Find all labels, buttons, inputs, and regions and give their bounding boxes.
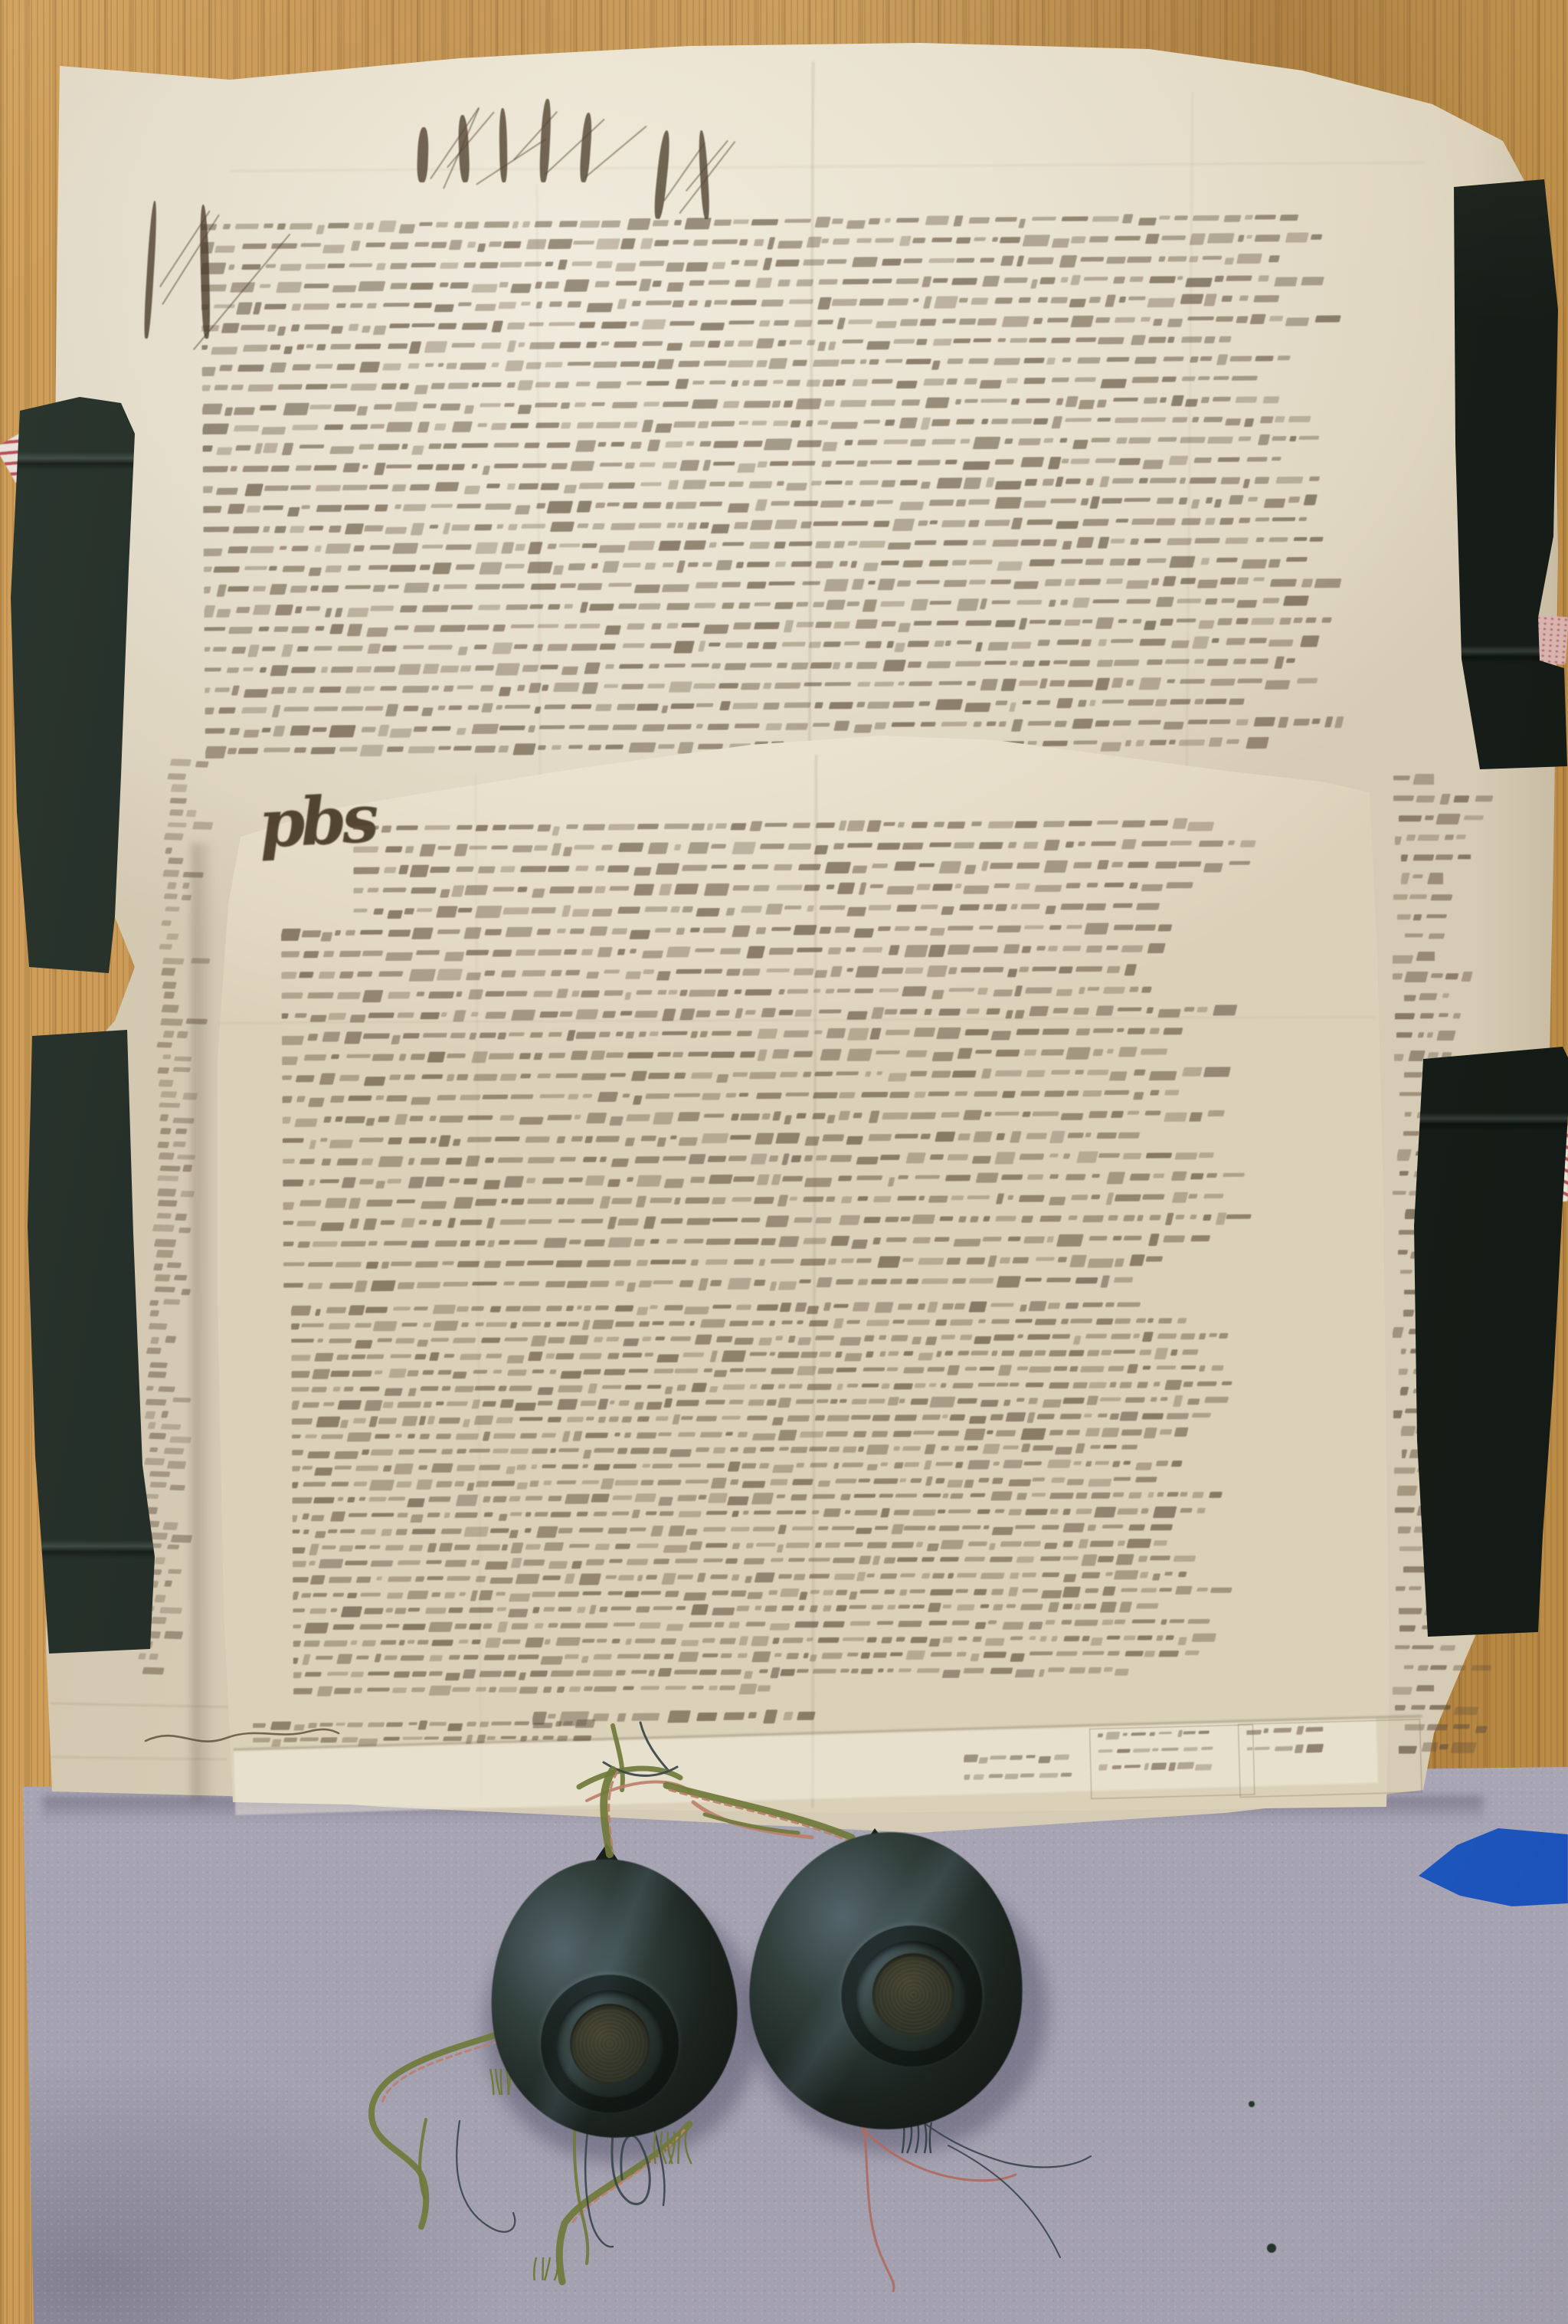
script-stroke (586, 1113, 607, 1123)
script-stroke (281, 928, 301, 940)
script-stroke (366, 628, 388, 637)
script-stroke (876, 1621, 893, 1625)
script-stroke (606, 1052, 624, 1058)
script-stroke (374, 666, 396, 673)
script-stroke (822, 1134, 844, 1141)
script-stroke (1117, 1540, 1125, 1546)
script-stroke (264, 747, 290, 752)
script-stroke (347, 1592, 357, 1598)
script-stroke (522, 463, 546, 467)
script-stroke (584, 1623, 608, 1628)
script-stroke (840, 1258, 854, 1263)
script-stroke (1180, 477, 1187, 484)
script-stroke (524, 443, 540, 448)
script-stroke (518, 1673, 525, 1681)
script-stroke (384, 867, 397, 874)
script-stroke (566, 1306, 574, 1311)
vcol-glyph (157, 1141, 169, 1148)
script-stroke (1090, 1540, 1115, 1546)
script-stroke (330, 1371, 350, 1377)
script-stroke (290, 526, 305, 533)
script-stroke (777, 340, 787, 346)
script-stroke (352, 1370, 372, 1376)
script-stroke (1254, 234, 1280, 241)
script-stroke (702, 1093, 722, 1101)
script-stroke (520, 1073, 532, 1078)
script-stroke (918, 864, 935, 867)
script-stroke (1091, 1195, 1101, 1200)
script-stroke (297, 647, 309, 652)
small-main-lower (291, 1296, 1367, 1716)
script-stroke (934, 297, 958, 309)
script-stroke (719, 948, 740, 954)
script-stroke (1089, 700, 1096, 706)
script-stroke (1074, 378, 1095, 383)
script-stroke (481, 1338, 501, 1343)
script-stroke (797, 1366, 817, 1375)
script-stroke (1200, 356, 1213, 361)
script-stroke (296, 344, 304, 349)
script-line (204, 574, 1478, 598)
script-stroke (756, 1542, 776, 1546)
script-stroke (830, 1155, 853, 1162)
script-stroke (797, 1320, 804, 1324)
script-stroke (630, 321, 639, 326)
script-stroke (347, 1497, 355, 1503)
vcol-glyph (144, 1457, 165, 1465)
script-stroke (778, 1384, 787, 1388)
script-stroke (1066, 883, 1080, 890)
script-stroke (646, 1575, 658, 1579)
script-stroke (897, 1196, 917, 1201)
script-stroke (732, 1511, 739, 1517)
script-stroke (1160, 397, 1167, 402)
script-stroke (264, 224, 273, 228)
script-stroke (581, 1657, 589, 1664)
script-stroke (697, 1573, 706, 1582)
script-stroke (740, 683, 761, 690)
script-stroke (906, 1279, 919, 1284)
script-stroke (948, 926, 974, 930)
script-stroke (430, 1137, 437, 1143)
script-stroke (493, 1449, 509, 1454)
script-stroke (979, 842, 1003, 849)
script-stroke (726, 969, 741, 976)
script-stroke (732, 886, 750, 891)
script-line (1397, 913, 1450, 925)
script-stroke (436, 906, 457, 918)
script-stroke (555, 1198, 564, 1205)
script-stroke (1007, 379, 1019, 384)
script-stroke (453, 746, 473, 750)
vcol-glyph (161, 968, 176, 975)
script-stroke (457, 685, 474, 689)
script-stroke (1226, 537, 1249, 543)
script-stroke (1135, 924, 1156, 930)
script-stroke (1010, 642, 1031, 649)
script-stroke (535, 281, 543, 288)
script-stroke (1142, 460, 1164, 470)
script-stroke (231, 385, 244, 390)
script-stroke (1205, 497, 1213, 503)
script-stroke (1127, 1028, 1145, 1035)
script-stroke (669, 320, 696, 325)
script-stroke (678, 1652, 699, 1662)
script-stroke (322, 1031, 340, 1041)
script-stroke (1156, 1635, 1164, 1641)
script-stroke (1039, 277, 1056, 284)
script-stroke (708, 643, 721, 647)
script-stroke (605, 664, 615, 668)
script-stroke (1399, 1608, 1422, 1614)
script-stroke (349, 1513, 368, 1517)
script-stroke (1007, 1195, 1013, 1200)
script-stroke (1010, 1636, 1023, 1640)
script-stroke (292, 1434, 301, 1438)
script-stroke (1169, 739, 1176, 744)
script-stroke (517, 1655, 539, 1660)
vcol-glyph (169, 1485, 185, 1491)
script-stroke (523, 1559, 545, 1566)
script-stroke (466, 624, 489, 631)
script-stroke (750, 1352, 768, 1356)
script-stroke (366, 303, 377, 309)
script-stroke (1144, 621, 1157, 630)
script-stroke (1034, 885, 1062, 892)
script-stroke (1022, 700, 1031, 705)
script-stroke (640, 482, 662, 487)
script-stroke (1065, 579, 1076, 586)
script-stroke (1170, 556, 1196, 568)
script-stroke (797, 1712, 816, 1720)
script-stroke (1088, 1382, 1107, 1388)
script-stroke (276, 282, 302, 293)
script-stroke (911, 1398, 929, 1405)
script-stroke (404, 1074, 416, 1080)
script-stroke (905, 1650, 925, 1660)
script-stroke (407, 1499, 425, 1508)
script-stroke (991, 1588, 1004, 1595)
script-stroke (216, 487, 238, 495)
script-stroke (500, 1736, 516, 1739)
vcol-glyph (156, 1250, 174, 1257)
script-stroke (480, 262, 498, 268)
script-stroke (541, 483, 560, 490)
script-stroke (1197, 376, 1210, 380)
script-stroke (291, 324, 300, 331)
script-stroke (371, 1280, 397, 1291)
vcol-glyph (164, 1631, 183, 1639)
script-line (293, 1522, 1259, 1539)
script-stroke (1063, 1636, 1080, 1641)
script-stroke (555, 382, 569, 388)
script-stroke (373, 909, 384, 915)
script-stroke (725, 908, 735, 916)
script-stroke (761, 1008, 776, 1018)
script-stroke (1194, 1764, 1212, 1771)
script-stroke (374, 1370, 383, 1374)
script-stroke (316, 344, 326, 350)
script-stroke (1144, 1111, 1160, 1116)
script-stroke (1115, 1554, 1134, 1565)
script-stroke (980, 1069, 991, 1079)
script-stroke (815, 1155, 827, 1160)
script-stroke (689, 280, 705, 286)
script-stroke (575, 1032, 596, 1039)
vcol-glyph (176, 1031, 188, 1037)
vcol-glyph (162, 958, 185, 965)
script-stroke (875, 238, 895, 243)
script-stroke (358, 1497, 365, 1501)
script-stroke (1187, 821, 1215, 831)
script-stroke (817, 1526, 828, 1530)
script-stroke (1075, 1028, 1090, 1036)
script-stroke (772, 1464, 794, 1473)
script-stroke (980, 398, 1007, 403)
script-stroke (1148, 1234, 1160, 1246)
script-stroke (754, 1197, 774, 1204)
script-stroke (396, 1529, 408, 1535)
script-stroke (752, 1526, 775, 1531)
script-stroke (770, 1479, 788, 1486)
script-stroke (629, 949, 636, 953)
vcol-glyph (172, 1067, 191, 1073)
script-stroke (1088, 297, 1101, 303)
script-stroke (383, 1241, 407, 1245)
script-stroke (1167, 679, 1175, 683)
script-stroke (594, 1448, 614, 1453)
script-stroke (699, 1670, 717, 1675)
script-stroke (205, 708, 214, 715)
vcol-glyph (171, 1535, 193, 1543)
script-stroke (1087, 1259, 1114, 1269)
script-stroke (1037, 700, 1051, 705)
script-stroke (881, 1383, 889, 1388)
script-stroke (592, 523, 605, 529)
script-stroke (1393, 1191, 1406, 1195)
script-stroke (699, 522, 709, 528)
vcol-glyph (162, 1054, 172, 1060)
script-stroke (579, 624, 601, 629)
script-stroke (230, 466, 237, 471)
script-stroke (407, 1591, 429, 1599)
script-stroke (884, 1589, 895, 1594)
script-stroke (1145, 1152, 1172, 1159)
script-stroke (444, 1592, 456, 1598)
script-stroke (1128, 1111, 1140, 1115)
script-stroke (1095, 458, 1116, 463)
script-stroke (929, 1383, 938, 1387)
script-stroke (606, 1337, 619, 1342)
script-stroke (1455, 835, 1466, 840)
script-stroke (303, 951, 319, 958)
script-stroke (1159, 215, 1171, 219)
script-stroke (709, 542, 718, 547)
script-stroke (993, 1335, 1014, 1341)
script-stroke (832, 218, 844, 224)
script-stroke (509, 1496, 520, 1502)
script-stroke (850, 1415, 870, 1420)
script-stroke (482, 1401, 496, 1407)
script-stroke (727, 1496, 749, 1506)
script-stroke (971, 298, 989, 305)
script-stroke (1080, 257, 1104, 262)
script-stroke (509, 1385, 532, 1391)
script-stroke (517, 381, 533, 391)
script-stroke (683, 480, 707, 490)
script-stroke (728, 1155, 747, 1161)
script-stroke (582, 1156, 597, 1162)
script-stroke (548, 1053, 565, 1058)
script-stroke (1146, 659, 1163, 664)
script-stroke (931, 419, 951, 426)
script-stroke (918, 1258, 944, 1265)
script-stroke (1023, 660, 1035, 667)
script-stroke (731, 260, 739, 264)
script-stroke (418, 1465, 428, 1470)
script-stroke (990, 1414, 1003, 1421)
script-stroke (1078, 841, 1086, 846)
script-stroke (413, 726, 427, 731)
script-stroke (691, 1073, 713, 1079)
script-stroke (686, 1529, 698, 1535)
script-line (291, 1331, 1344, 1349)
script-stroke (476, 244, 485, 252)
script-stroke (813, 521, 840, 526)
script-stroke (942, 1414, 948, 1418)
script-stroke (655, 1337, 665, 1341)
script-stroke (1033, 1446, 1054, 1451)
script-stroke (320, 932, 332, 941)
script-stroke (982, 1444, 1000, 1454)
script-stroke (633, 867, 652, 876)
script-line (293, 1601, 1283, 1618)
script-stroke (233, 526, 260, 533)
script-stroke (1125, 1398, 1146, 1403)
script-stroke (242, 465, 269, 471)
script-stroke (579, 601, 588, 612)
script-stroke (678, 361, 700, 367)
script-stroke (1419, 993, 1437, 1000)
script-stroke (980, 598, 988, 609)
script-stroke (793, 823, 810, 828)
script-stroke (358, 1739, 378, 1746)
script-stroke (227, 748, 237, 754)
script-stroke (366, 1687, 389, 1692)
script-stroke (391, 1035, 401, 1044)
script-stroke (493, 443, 519, 447)
script-stroke (757, 461, 768, 467)
script-stroke (556, 1322, 567, 1326)
script-stroke (1220, 477, 1240, 484)
script-stroke (1008, 842, 1017, 848)
script-stroke (353, 847, 378, 853)
script-stroke (1115, 316, 1136, 323)
script-stroke (1439, 794, 1451, 805)
script-stroke (705, 1238, 731, 1244)
script-stroke (921, 1557, 935, 1562)
script-stroke (947, 379, 958, 385)
script-stroke (1190, 356, 1199, 362)
script-stroke (833, 1304, 849, 1308)
script-stroke (498, 746, 509, 752)
script-stroke (1171, 1192, 1188, 1203)
script-stroke (689, 1176, 705, 1183)
script-stroke (403, 1033, 421, 1038)
script-stroke (1049, 1153, 1058, 1157)
script-stroke (745, 1010, 755, 1014)
script-stroke (482, 465, 491, 476)
script-stroke (301, 505, 310, 509)
script-stroke (819, 1352, 832, 1357)
script-stroke (823, 1590, 833, 1595)
script-stroke (904, 945, 928, 957)
script-stroke (431, 686, 439, 690)
script-stroke (894, 926, 909, 930)
script-stroke (1060, 599, 1069, 605)
script-stroke (1027, 1335, 1050, 1340)
script-stroke (1118, 1132, 1141, 1139)
script-stroke (932, 884, 953, 891)
vcol-glyph (182, 1165, 192, 1172)
script-stroke (1007, 969, 1017, 977)
script-stroke (911, 598, 928, 611)
script-stroke (533, 1053, 542, 1060)
script-stroke (1262, 598, 1278, 603)
script-stroke (1088, 1479, 1111, 1487)
script-stroke (544, 1322, 551, 1327)
vcol-glyph (149, 1300, 159, 1306)
script-stroke (995, 620, 1016, 627)
vcol-glyph (159, 1080, 174, 1087)
script-stroke (364, 525, 384, 531)
script-stroke (1236, 578, 1249, 585)
script-stroke (780, 1072, 798, 1077)
script-stroke (301, 930, 321, 938)
script-stroke (334, 929, 341, 935)
script-stroke (951, 1070, 976, 1077)
script-stroke (1098, 1414, 1108, 1418)
script-stroke (318, 1339, 324, 1342)
script-stroke (791, 1155, 802, 1162)
script-stroke (436, 222, 449, 228)
script-stroke (1118, 619, 1127, 623)
script-line (283, 1274, 1257, 1294)
script-stroke (652, 220, 669, 226)
script-stroke (1147, 1493, 1154, 1498)
script-stroke (1400, 1387, 1409, 1395)
script-stroke (417, 464, 433, 469)
script-stroke (576, 382, 591, 386)
script-stroke (959, 298, 968, 303)
script-stroke (439, 283, 448, 287)
script-stroke (1397, 1149, 1411, 1161)
script-stroke (883, 440, 908, 444)
script-stroke (715, 1074, 728, 1083)
script-stroke (569, 1240, 582, 1244)
script-stroke (1070, 1195, 1088, 1200)
script-stroke (1156, 518, 1176, 526)
script-stroke (880, 1573, 898, 1578)
script-stroke (918, 1195, 925, 1200)
script-stroke (1020, 457, 1044, 467)
script-stroke (899, 1589, 907, 1595)
script-stroke (548, 866, 570, 872)
script-stroke (925, 1477, 933, 1486)
script-stroke (1030, 1652, 1053, 1656)
script-stroke (939, 1557, 958, 1562)
script-stroke (813, 1093, 838, 1099)
